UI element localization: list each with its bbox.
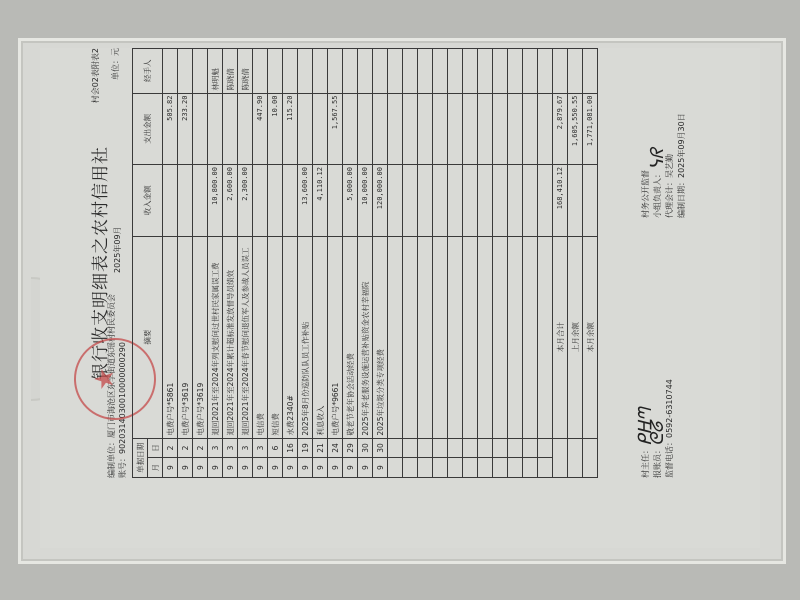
cell-income [418, 165, 433, 237]
cell-day: 16 [283, 438, 298, 458]
account-label: 账号： [118, 454, 127, 478]
cell-income [403, 165, 418, 237]
ledger-table: 单据日期 摘要 收入金额 支出金额 经手人 月 日 92电费户号*5861505… [132, 48, 598, 478]
cell-handler [358, 49, 373, 94]
table-row [523, 49, 538, 478]
cell-day [448, 438, 463, 458]
totals-label: 本月合计 [553, 236, 568, 438]
org-label: 编制单位： [107, 438, 116, 478]
cell-day: 2 [163, 438, 178, 458]
table-row: 92电费户号*5861505.82 [163, 49, 178, 478]
cell-month: 9 [163, 458, 178, 478]
cell-month: 9 [238, 458, 253, 478]
cell-income: 2,300.00 [238, 165, 253, 237]
totals-row: 本月余额1,771,081.00 [583, 49, 598, 478]
cell-day: 30 [358, 438, 373, 458]
bookkeeper-signature: ᘓᘔ [652, 422, 664, 446]
cell-month [508, 458, 523, 478]
cell-handler [178, 49, 193, 94]
cell-expense [313, 93, 328, 165]
cell-summary: 电费户号*5861 [163, 236, 178, 438]
table-row: 93退回2021年至2024年春节慰问退伍军人及参战人员误工2,300.00陈晓… [238, 49, 253, 478]
cell-handler: 陈晓倩 [238, 49, 253, 94]
cell-expense [508, 93, 523, 165]
cell-handler [403, 49, 418, 94]
cell-month [403, 458, 418, 478]
cell-month [388, 458, 403, 478]
table-row [403, 49, 418, 478]
cell-expense: 505.82 [163, 93, 178, 165]
table-row [433, 49, 448, 478]
cell-income [523, 165, 538, 237]
cell-handler: 林明魁 [208, 49, 223, 94]
cell-summary: 退回2021年至2024年春节慰问退伍军人及参战人员误工 [238, 236, 253, 438]
cell-expense [388, 93, 403, 165]
cell-month [448, 458, 463, 478]
cell-month [523, 458, 538, 478]
cell-summary [493, 236, 508, 438]
cell-summary [433, 236, 448, 438]
cell-summary [463, 236, 478, 438]
cell-summary: 电信费 [253, 236, 268, 438]
cell-income: 2,600.00 [223, 165, 238, 237]
supervision-sub: 小组负责人： [653, 170, 662, 218]
cell-income: 10,800.00 [208, 165, 223, 237]
cell-handler [268, 49, 283, 94]
cell-month [463, 458, 478, 478]
table-row: 93退回2021年至2024年列支慰问过世村民家属误工费10,800.00林明魁 [208, 49, 223, 478]
cell-handler [463, 49, 478, 94]
cell-expense [523, 93, 538, 165]
cell-income [268, 165, 283, 237]
header-income: 收入金额 [133, 165, 163, 237]
table-row: 96短信费10.00 [268, 49, 283, 478]
cell-day: 19 [298, 438, 313, 458]
totals-handler-blank [583, 49, 598, 94]
date-value: 2025年09月30日 [677, 113, 686, 178]
form-code: 村会02表附表2 [90, 48, 101, 103]
village-head-label: 村主任： [641, 446, 650, 478]
totals-income: 168,410.12 [553, 165, 568, 237]
cell-income [328, 165, 343, 237]
date-label: 编制日期： [677, 178, 686, 218]
cell-month: 9 [328, 458, 343, 478]
totals-expense: 2,879.67 [553, 93, 568, 165]
document-paper: 银行收支明细表之农村信用社 村会02表附表2 单位：元 2025年09月 编制单… [40, 48, 760, 548]
cell-handler: 陈晓倩 [223, 49, 238, 94]
cell-expense [478, 93, 493, 165]
cell-income [463, 165, 478, 237]
cell-expense [493, 93, 508, 165]
totals-income [583, 165, 598, 237]
totals-income [568, 165, 583, 237]
cell-day [523, 438, 538, 458]
cell-summary: 2025年垃圾分类专项经费 [373, 236, 388, 438]
cell-summary: 敬老节老年协会活动经费 [343, 236, 358, 438]
cell-month: 9 [268, 458, 283, 478]
totals-label: 本月余额 [583, 236, 598, 438]
cell-handler [253, 49, 268, 94]
report-period: 2025年09月 [112, 226, 123, 273]
totals-blank [568, 438, 583, 477]
totals-expense: 1,605,550.55 [568, 93, 583, 165]
cell-summary [538, 236, 553, 438]
cell-handler [448, 49, 463, 94]
cell-summary [478, 236, 493, 438]
table-row [463, 49, 478, 478]
cell-month [418, 458, 433, 478]
cell-expense [343, 93, 358, 165]
signature-block-right: 村务公开监督 小组负责人：ᓭᖇ 代理会计：吴艺勤 编制日期：2025年09月30… [640, 113, 688, 218]
cell-income: 4,110.12 [313, 165, 328, 237]
cell-month: 9 [373, 458, 388, 478]
totals-handler-blank [568, 49, 583, 94]
cell-income: 13,600.00 [298, 165, 313, 237]
signature-block-left: 村主任：ᑭᕼᘉ 报账员：ᘓᘔ 监督电话：0592-6310744 [640, 379, 676, 478]
cell-expense [463, 93, 478, 165]
cell-summary: 电费户号*3619 [178, 236, 193, 438]
cell-handler [163, 49, 178, 94]
cell-month: 9 [208, 458, 223, 478]
cell-month: 9 [283, 458, 298, 478]
header-summary: 摘要 [133, 236, 163, 438]
header-expense: 支出金额 [133, 93, 163, 165]
cell-day: 2 [178, 438, 193, 458]
cell-month: 9 [343, 458, 358, 478]
currency-unit: 单位：元 [110, 48, 121, 80]
cell-summary [403, 236, 418, 438]
cell-income [253, 165, 268, 237]
cell-day: 24 [328, 438, 343, 458]
cell-expense [208, 93, 223, 165]
cell-handler [478, 49, 493, 94]
cell-month: 9 [358, 458, 373, 478]
rotated-ledger-document: 银行收支明细表之农村信用社 村会02表附表2 单位：元 2025年09月 编制单… [80, 48, 730, 478]
totals-handler-blank [553, 49, 568, 94]
table-row: 921利息收入4,110.12 [313, 49, 328, 478]
cell-day [493, 438, 508, 458]
table-row: 916水费2340#115.20 [283, 49, 298, 478]
cell-month: 9 [298, 458, 313, 478]
cell-day [508, 438, 523, 458]
header-day: 日 [148, 438, 163, 458]
cell-income: 120,000.00 [373, 165, 388, 237]
cell-expense [418, 93, 433, 165]
cell-expense [358, 93, 373, 165]
cell-summary: 2025年8月份巡防队队员工作补贴 [298, 236, 313, 438]
cell-handler [298, 49, 313, 94]
totals-label: 上月余额 [568, 236, 583, 438]
cell-month [478, 458, 493, 478]
cell-day [388, 438, 403, 458]
totals-blank [553, 438, 568, 477]
cell-expense: 447.90 [253, 93, 268, 165]
cell-summary [418, 236, 433, 438]
cell-handler [373, 49, 388, 94]
cell-day [538, 438, 553, 458]
table-row: 929敬老节老年协会活动经费5,000.00 [343, 49, 358, 478]
cell-expense [373, 93, 388, 165]
cell-month [538, 458, 553, 478]
header-month: 月 [148, 458, 163, 478]
cell-day: 6 [268, 438, 283, 458]
table-row: 9302025年养老服务设施运营补贴资金农村幸福院10,000.00 [358, 49, 373, 478]
cell-month [433, 458, 448, 478]
cell-handler [388, 49, 403, 94]
cell-day: 3 [253, 438, 268, 458]
cell-income [193, 165, 208, 237]
cell-handler [523, 49, 538, 94]
cell-day: 21 [313, 438, 328, 458]
cell-expense [538, 93, 553, 165]
cell-expense: 1,567.55 [328, 93, 343, 165]
totals-expense: 1,771,081.00 [583, 93, 598, 165]
cell-expense: 233.20 [178, 93, 193, 165]
table-row [388, 49, 403, 478]
cell-summary: 退回2021年至2024年累计超标准发放督导员绩效 [223, 236, 238, 438]
header-handler: 经手人 [133, 49, 163, 94]
cell-month: 9 [193, 458, 208, 478]
cell-income [178, 165, 193, 237]
cell-expense [448, 93, 463, 165]
cell-expense: 115.20 [283, 93, 298, 165]
cell-handler [328, 49, 343, 94]
table-row: 924电费户号*96611,567.55 [328, 49, 343, 478]
cell-summary: 短信费 [268, 236, 283, 438]
cell-income [478, 165, 493, 237]
cell-income [493, 165, 508, 237]
cell-month [493, 458, 508, 478]
totals-row: 上月余额1,605,550.55 [568, 49, 583, 478]
cell-income [538, 165, 553, 237]
cell-income [433, 165, 448, 237]
cell-income [163, 165, 178, 237]
table-row [478, 49, 493, 478]
cell-expense: 10.00 [268, 93, 283, 165]
cell-summary: 利息收入 [313, 236, 328, 438]
cell-summary: 电费户号*9661 [328, 236, 343, 438]
cell-month: 9 [178, 458, 193, 478]
cell-summary [523, 236, 538, 438]
cell-summary: 2025年养老服务设施运营补贴资金农村幸福院 [358, 236, 373, 438]
cell-handler [283, 49, 298, 94]
table-row [493, 49, 508, 478]
supervision-label: 村务公开监督 [641, 170, 650, 218]
cell-handler [433, 49, 448, 94]
cell-day: 2 [193, 438, 208, 458]
table-row [448, 49, 463, 478]
table-row [508, 49, 523, 478]
table-row [538, 49, 553, 478]
cell-income: 5,000.00 [343, 165, 358, 237]
cell-expense [403, 93, 418, 165]
cell-month: 9 [313, 458, 328, 478]
cell-income [448, 165, 463, 237]
cell-handler [313, 49, 328, 94]
cell-day [418, 438, 433, 458]
cell-month: 9 [253, 458, 268, 478]
cell-day [433, 438, 448, 458]
cell-expense [238, 93, 253, 165]
cell-day: 3 [238, 438, 253, 458]
table-row: 9192025年8月份巡防队队员工作补贴13,600.00 [298, 49, 313, 478]
cell-summary: 水费2340# [283, 236, 298, 438]
cell-day: 30 [373, 438, 388, 458]
totals-blank [583, 438, 598, 477]
cell-day [463, 438, 478, 458]
cell-day: 29 [343, 438, 358, 458]
seal-star-icon: ★ [90, 340, 120, 418]
cell-expense [223, 93, 238, 165]
cell-summary [388, 236, 403, 438]
cell-income [388, 165, 403, 237]
table-row: 9302025年垃圾分类专项经费120,000.00 [373, 49, 388, 478]
cell-day [403, 438, 418, 458]
table-row: 92电费户号*3619 [193, 49, 208, 478]
cell-summary [508, 236, 523, 438]
cell-handler [493, 49, 508, 94]
cell-expense [298, 93, 313, 165]
agent-accountant-label: 代理会计： [665, 178, 674, 218]
table-row: 93电信费447.90 [253, 49, 268, 478]
cell-summary: 退回2021年至2024年列支慰问过世村民家属误工费 [208, 236, 223, 438]
table-row [418, 49, 433, 478]
cell-month: 9 [223, 458, 238, 478]
cell-day [478, 438, 493, 458]
cell-handler [538, 49, 553, 94]
cell-day: 3 [208, 438, 223, 458]
cell-handler [418, 49, 433, 94]
cell-expense [433, 93, 448, 165]
header-date-group: 单据日期 [133, 438, 148, 477]
cell-day: 3 [223, 438, 238, 458]
supervisor-signature: ᓭᖇ [652, 148, 664, 170]
cell-income [508, 165, 523, 237]
cell-summary: 电费户号*3619 [193, 236, 208, 438]
cell-summary [448, 236, 463, 438]
cell-income: 10,000.00 [358, 165, 373, 237]
cell-handler [508, 49, 523, 94]
cell-income [283, 165, 298, 237]
table-row: 92电费户号*3619233.20 [178, 49, 193, 478]
bookkeeper-label: 报账员： [653, 446, 662, 478]
totals-row: 本月合计168,410.122,879.67 [553, 49, 568, 478]
table-row: 93退回2021年至2024年累计超标准发放督导员绩效2,600.00陈晓倩 [223, 49, 238, 478]
cell-handler [193, 49, 208, 94]
cell-handler [343, 49, 358, 94]
cell-expense [193, 93, 208, 165]
